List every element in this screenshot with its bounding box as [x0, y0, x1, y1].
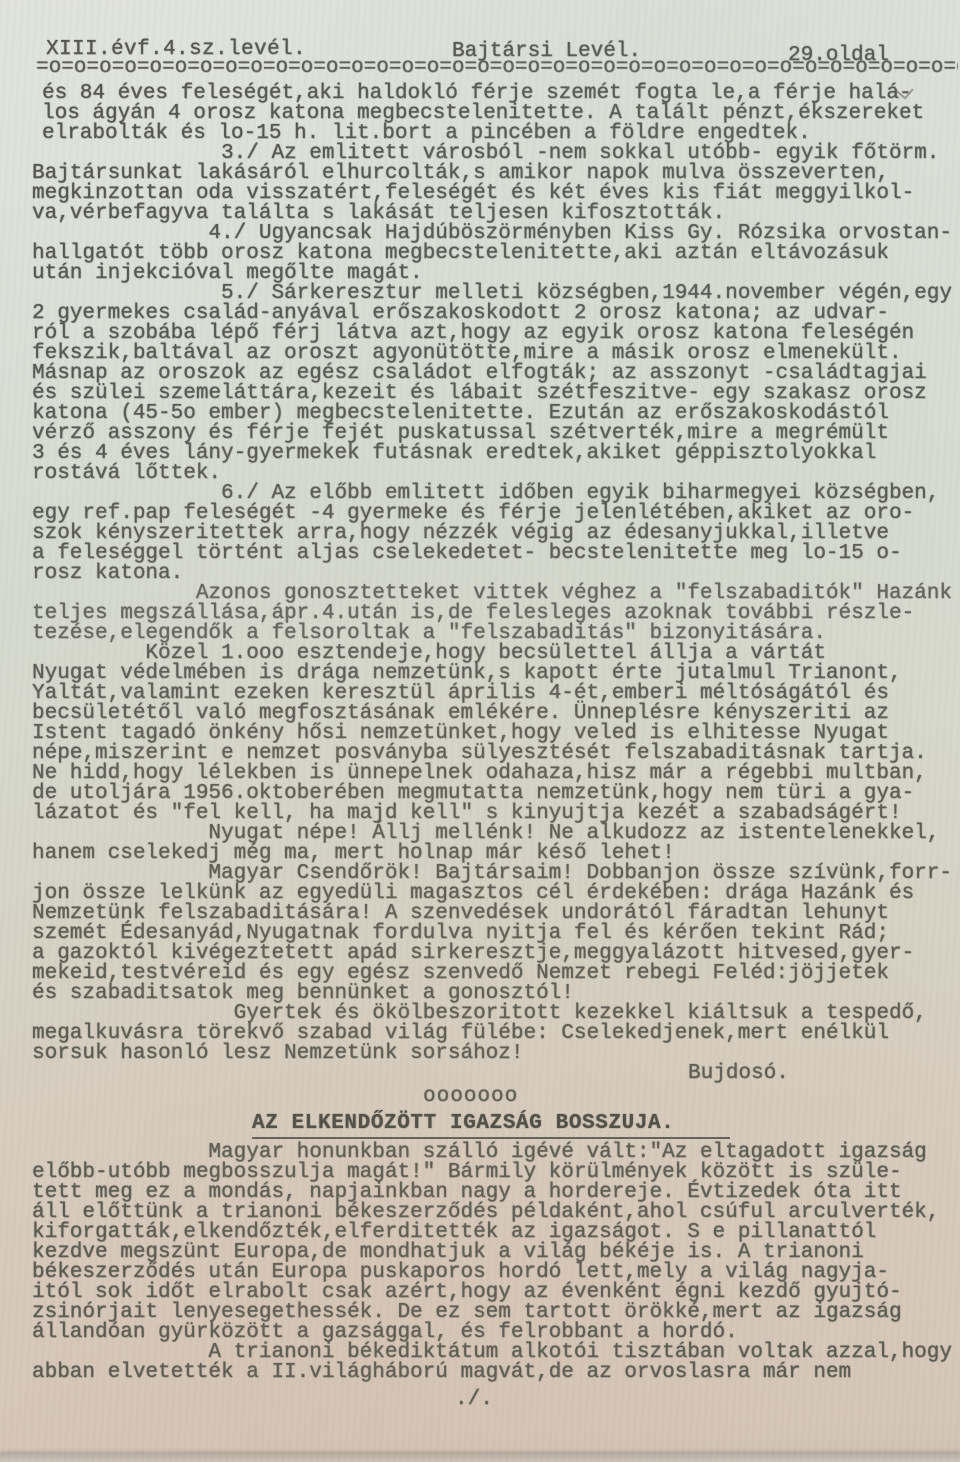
scan-bottom-edge: [0, 1453, 960, 1462]
section-title: AZ ELKENDŐZÖTT IGAZSÁG BOSSZUJA.: [252, 1112, 730, 1139]
paragraph-item-3: 3./ Az emlitett városból -nem sokkal utó…: [32, 144, 960, 224]
section-title-row: AZ ELKENDŐZÖTT IGAZSÁG BOSSZUJA.: [252, 1112, 960, 1139]
separator-dots: ooooooo: [423, 1087, 960, 1107]
paragraph-nyugat-nepe: Nyugat népe! Állj mellénk! Ne alkudozz a…: [32, 824, 960, 864]
paragraph-gyertek: Gyertek és ökölbeszoritott kezekkel kiál…: [32, 1004, 960, 1064]
signature: Bujdosó.: [688, 1064, 960, 1084]
paragraph-item-6: 6./ Az előbb emlitett időben egyik bihar…: [32, 484, 960, 584]
paragraph-continuation: és 84 éves feleségét,aki haldokló férje …: [42, 84, 960, 144]
paragraph-azonos: Azonos gonosztetteket vittek véghez a "f…: [32, 584, 960, 644]
section-paragraph-1: Magyar honunkban szálló igévé vált:"Az e…: [32, 1143, 960, 1343]
issue-label: XIII.évf.4.sz.levél.: [46, 40, 306, 60]
page-header: XIII.évf.4.sz.levél. Bajtársi Levél. 29.…: [0, 28, 960, 82]
page-end-mark: ./.: [455, 1390, 960, 1410]
section-paragraph-2: A trianoni békediktátum alkotói tisztába…: [32, 1343, 960, 1383]
typed-divider-line: =o=o=o=o=o=o=o=o=o=o=o=o=o=o=o=o=o=o=o=o…: [36, 58, 958, 80]
paragraph-item-5: 5./ Sárkeresztur melleti községben,1944.…: [32, 284, 960, 484]
paragraph-kozel: Közel 1.ooo esztendeje,hogy becsülettel …: [32, 644, 960, 824]
paragraph-item-4: 4./ Ugyancsak Hajdúböszörményben Kiss Gy…: [32, 224, 960, 284]
scanned-letter-page: XIII.évf.4.sz.levél. Bajtársi Levél. 29.…: [0, 0, 960, 1462]
letter-body: és 84 éves feleségét,aki haldokló férje …: [0, 82, 960, 1410]
paragraph-csendorok: Magyar Csendőrök! Bajtársaim! Dobbanjon …: [32, 864, 960, 1004]
